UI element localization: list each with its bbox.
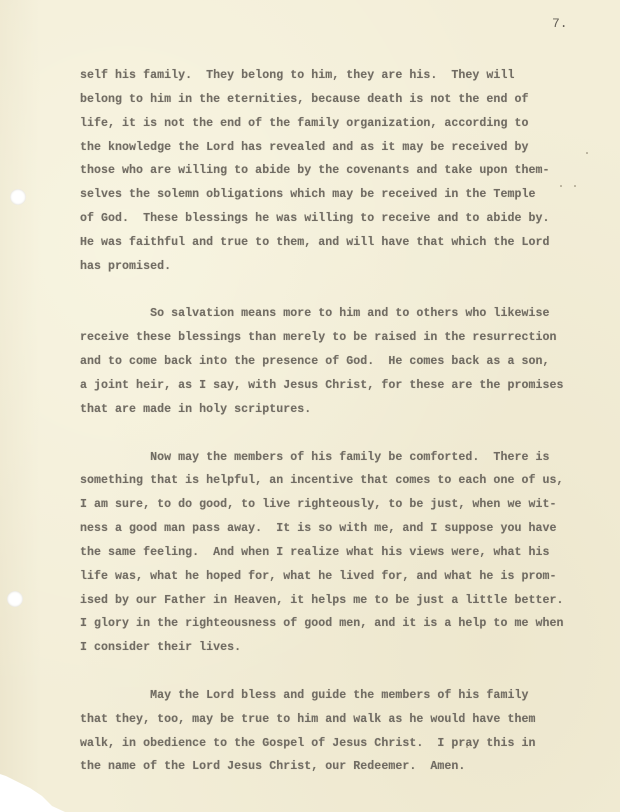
page-number: 7. <box>552 16 568 31</box>
punch-hole-top <box>10 189 26 205</box>
text-line: the name of the Lord Jesus Christ, our R… <box>80 755 600 779</box>
text-line: has promised. <box>80 255 600 279</box>
text-line: life was, what he hoped for, what he liv… <box>80 565 600 589</box>
paragraph-3: Now may the members of his family be com… <box>80 446 600 661</box>
text-line: ness a good man pass away. It is so with… <box>80 517 600 541</box>
text-line: a joint heir, as I say, with Jesus Chris… <box>80 374 600 398</box>
text-line: that are made in holy scriptures. <box>80 398 600 422</box>
paragraph-4: May the Lord bless and guide the members… <box>80 684 600 779</box>
typewritten-page: 7. self his family. They belong to him, … <box>0 0 620 812</box>
text-line: something that is helpful, an incentive … <box>80 469 600 493</box>
text-line: So salvation means more to him and to ot… <box>80 302 600 326</box>
text-line: that they, too, may be true to him and w… <box>80 708 600 732</box>
document-body: self his family. They belong to him, the… <box>80 64 600 779</box>
text-line: and to come back into the presence of Go… <box>80 350 600 374</box>
text-line: the same feeling. And when I realize wha… <box>80 541 600 565</box>
paragraph-2: So salvation means more to him and to ot… <box>80 302 600 421</box>
text-line: Now may the members of his family be com… <box>80 446 600 470</box>
paragraph-gap <box>80 279 600 303</box>
text-line: receive these blessings than merely to b… <box>80 326 600 350</box>
text-line: self his family. They belong to him, the… <box>80 64 600 88</box>
paragraph-1: self his family. They belong to him, the… <box>80 64 600 279</box>
text-line: of God. These blessings he was willing t… <box>80 207 600 231</box>
text-line: I glory in the righteousness of good men… <box>80 612 600 636</box>
text-line: walk, in obedience to the Gospel of Jesu… <box>80 732 600 756</box>
text-line: belong to him in the eternities, because… <box>80 88 600 112</box>
text-line: He was faithful and true to them, and wi… <box>80 231 600 255</box>
text-line: those who are willing to abide by the co… <box>80 159 600 183</box>
text-line: May the Lord bless and guide the members… <box>80 684 600 708</box>
text-line: I consider their lives. <box>80 636 600 660</box>
punch-hole-bottom <box>7 591 23 607</box>
text-line: I am sure, to do good, to live righteous… <box>80 493 600 517</box>
text-line: selves the solemn obligations which may … <box>80 183 600 207</box>
text-line: the knowledge the Lord has revealed and … <box>80 136 600 160</box>
paragraph-gap <box>80 422 600 446</box>
text-line: life, it is not the end of the family or… <box>80 112 600 136</box>
paragraph-gap <box>80 660 600 684</box>
text-line: ised by our Father in Heaven, it helps m… <box>80 589 600 613</box>
